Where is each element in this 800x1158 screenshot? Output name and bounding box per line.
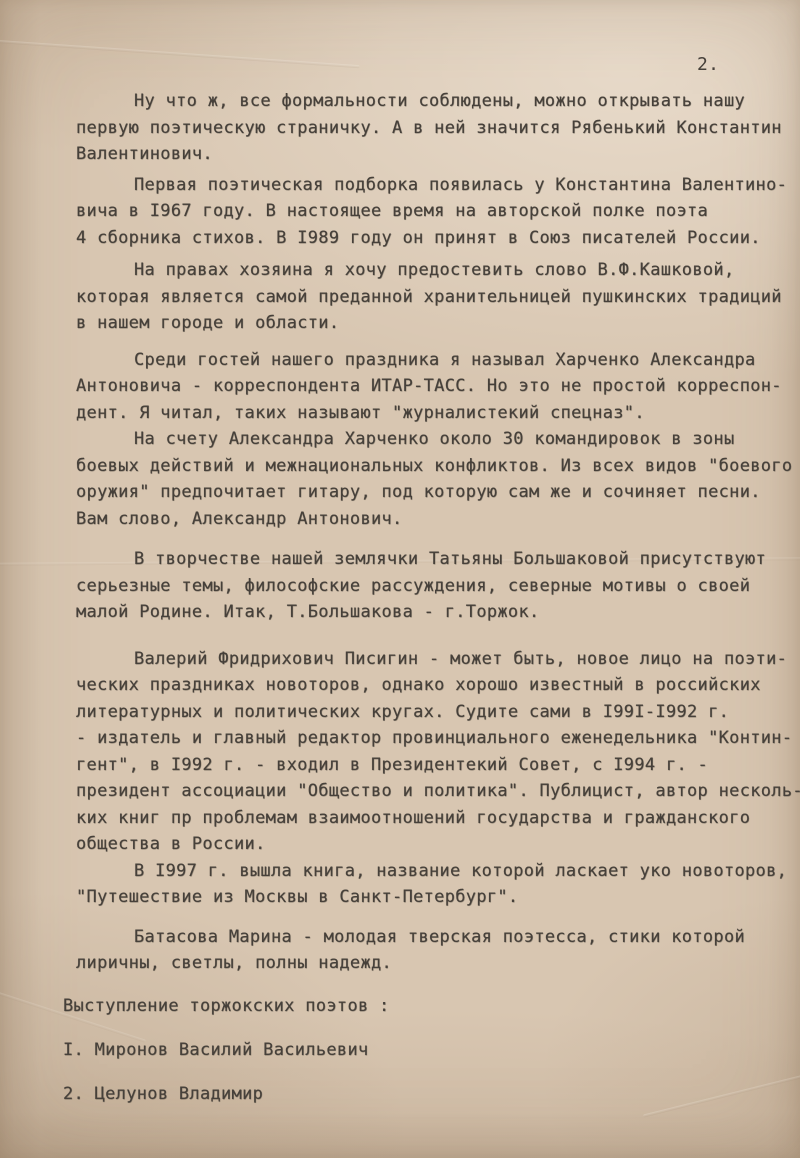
paper-crease [0,39,360,69]
list-item-tselunov: 2. Целунов Владимир [63,1081,800,1108]
paragraph-pisigin-book: В I997 г. вышла книга, название которой … [76,858,800,911]
paragraph-pisigin-bio: Валерий Фридрихович Писигин - может быть… [76,646,800,858]
paragraph-ryabenky-bio: Первая поэтическая подборка появилась у … [76,172,800,252]
paragraph-batasova: Батасова Марина - молодая тверская поэте… [76,924,800,977]
paragraph-kashkova: На правах хозяина я хочу предостевить сл… [76,257,800,337]
paragraph-kharchenko-intro: Среди гостей нашего праздника я называл … [76,347,800,427]
heading-torzhok-poets: Выступление торжокских поэтов : [63,993,800,1020]
scanned-document-page: 2. Ну что ж, все формальности соблюдены,… [0,0,800,1158]
document-body: Ну что ж, все формальности соблюдены, мо… [76,88,800,1107]
paragraph-kharchenko-bio: На счету Александра Харченко около 30 ко… [76,426,800,532]
paragraph-intro: Ну что ж, все формальности соблюдены, мо… [76,88,800,168]
page-number: 2. [697,54,719,75]
paragraph-bolshakova: В творчестве нашей землячки Татьяны Боль… [76,546,800,626]
list-item-mironov: I. Миронов Василий Васильевич [63,1037,800,1064]
